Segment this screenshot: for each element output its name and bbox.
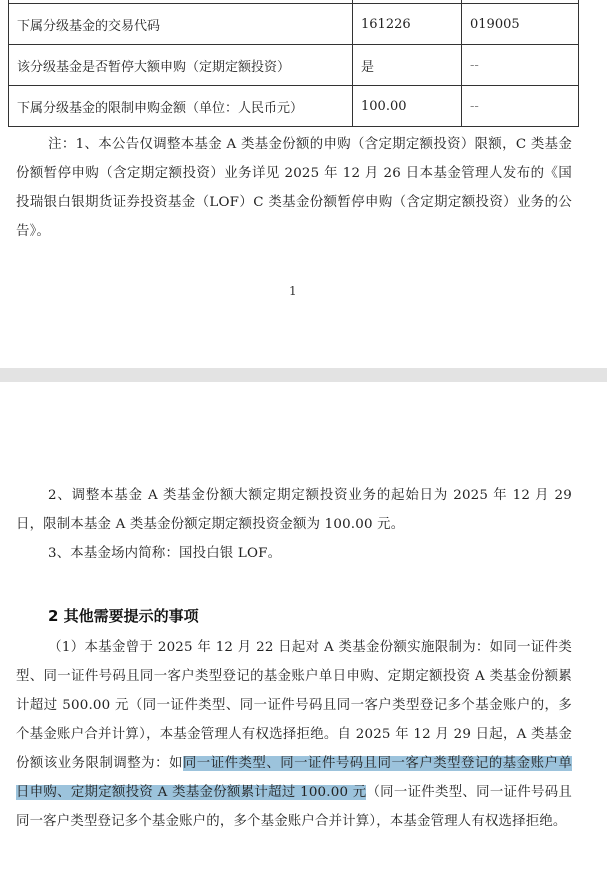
section-paragraph[interactable]: （1）本基金曾于 2025 年 12 月 22 日起对 A 类基金份额实施限制为… [16, 633, 572, 836]
row-label: 下属分级基金的交易代码 [9, 4, 353, 45]
table-row: 下属分级基金的交易代码 161226 019005 [9, 4, 579, 45]
page-number: 1 [289, 284, 297, 298]
table-row: 该分级基金是否暂停大额申购（定期定额投资） 是 -- [9, 45, 579, 86]
section-heading: 2 其他需要提示的事项 [48, 605, 199, 626]
class-c-value: -- [462, 86, 579, 127]
class-c-value: -- [462, 45, 579, 86]
paragraph-text: （1）本基金曾于 2025 年 12 月 22 日起对 A 类基金份额实施限制为… [16, 640, 572, 771]
table-note-paragraph: 注：1、本公告仅调整本基金 A 类基金份额的申购（含定期定额投资）限额，C 类基… [16, 130, 572, 246]
note-item-2: 2、调整本基金 A 类基金份额大额定期定额投资业务的起始日为 2025 年 12… [16, 481, 572, 539]
table-row: 下属分级基金的限制申购金额（单位：人民币元） 100.00 -- [9, 86, 579, 127]
fund-class-table: 下属分级基金的交易代码 161226 019005 该分级基金是否暂停大额申购（… [8, 0, 579, 127]
page-separator [0, 368, 607, 382]
document-page-2: 2、调整本基金 A 类基金份额大额定期定额投资业务的起始日为 2025 年 12… [0, 382, 607, 885]
note-item-3: 3、本基金场内简称：国投白银 LOF。 [16, 539, 572, 568]
document-page-1: 下属分级基金的交易代码 161226 019005 该分级基金是否暂停大额申购（… [0, 0, 607, 368]
class-c-value: 019005 [462, 4, 579, 45]
row-label: 该分级基金是否暂停大额申购（定期定额投资） [9, 45, 353, 86]
class-a-value: 100.00 [353, 86, 462, 127]
class-a-value: 161226 [353, 4, 462, 45]
row-label: 下属分级基金的限制申购金额（单位：人民币元） [9, 86, 353, 127]
class-a-value: 是 [353, 45, 462, 86]
